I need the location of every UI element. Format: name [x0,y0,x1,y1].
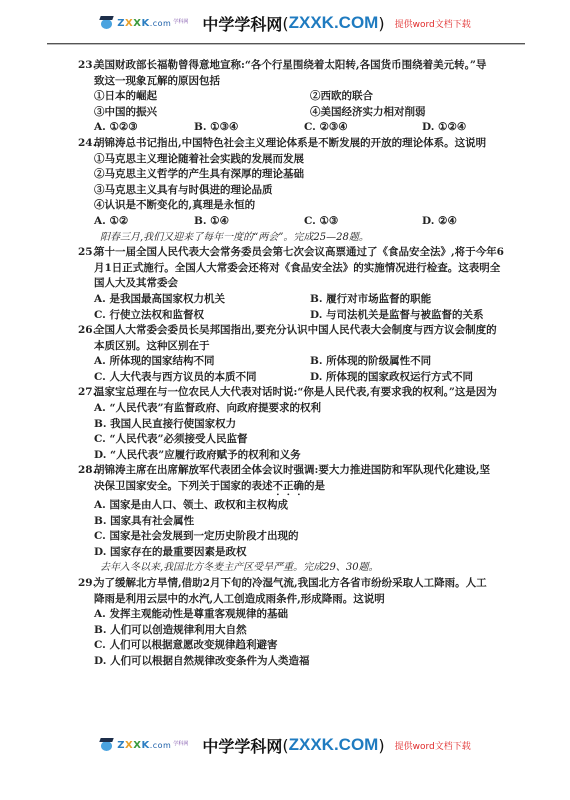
stem-line: 本质区别。这种区别在于 [86,339,526,355]
section-note: 去年入冬以来,我国北方冬麦主产区受旱严重。完成29、30题。 [86,560,526,576]
stem-line: 温家宝总理在与一位农民人大代表对话时说:“你是人民代表,有要求我的权利。”这是因… [94,386,497,398]
question-number: 25. [78,245,94,261]
header-divider [47,43,525,44]
paren-close: ) [378,736,384,755]
option-b: B. ①③④ [194,120,304,136]
options-row: C. 人大代表与西方议员的本质不同 D. 所体现的国家政权运行方式不同 [86,370,526,386]
option-d: D. 人们可以根据自然规律改变条件为人类造福 [86,654,526,670]
question-number: 29. [78,576,94,592]
item: ②西欧的联合 [310,89,526,105]
option-a: A. 发挥主观能动性是尊重客观规律的基础 [86,607,526,623]
site-name: 中学学科网 [202,12,282,35]
question-25: 25.第十一届全国人民代表大会常务委员会第七次会议高票通过了《食品安全法》,将于… [86,245,526,323]
zxxk-logo[interactable]: ZXXK.com 学科网 [99,738,188,752]
option-a: A. ①②③ [94,120,194,136]
item: ③马克思主义具有与时俱进的理论品质 [86,183,526,199]
options-row: C. 行使立法权和监督权 D. 与司法机关是监督与被监督的关系 [86,308,526,324]
item: ③中国的振兴 [94,105,310,121]
option-b: B. 所体现的阶级属性不同 [310,354,526,370]
option-c: C. ①③ [304,214,422,230]
question-number: 24. [78,136,94,152]
question-number: 28. [78,463,94,479]
question-stem: 23.美国财政部长福勒曾得意地宣称:“各个行星围绕着太阳转,各国货币围绕着美元转… [86,58,526,74]
option-a: A. “人民代表”有监督政府、向政府提要求的权利 [86,401,526,417]
header-banner: ZXXK.com 学科网 中学学科网 ( ZXXK.COM ) 提供word文档… [0,8,570,38]
exam-content: 23.美国财政部长福勒曾得意地宣称:“各个行星围绕着太阳转,各国货币围绕着美元转… [86,58,526,670]
mascot-icon [99,16,115,30]
stem-line: 第十一届全国人民代表大会常务委员会第七次会议高票通过了《食品安全法》,将于今年6 [94,246,504,258]
option-c: C. 人大代表与西方议员的本质不同 [94,370,310,386]
question-number: 23. [78,58,94,74]
stem-line: 胡锦涛总书记指出,中国特色社会主义理论体系是不断发展的开放的理论体系。这说明 [94,137,486,149]
question-number: 27. [78,385,94,401]
logo-sub: 学科网 [173,740,188,747]
stem-line: 降雨是利用云层中的水汽,人工创造成雨条件,形成降雨。这说明 [86,592,526,608]
option-b: B. ①④ [194,214,304,230]
question-27: 27.温家宝总理在与一位农民人大代表对话时说:“你是人民代表,有要求我的权利。”… [86,385,526,463]
option-b: B. 人们可以创造规律利用大自然 [86,623,526,639]
question-stem: 25.第十一届全国人民代表大会常务委员会第七次会议高票通过了《食品安全法》,将于… [86,245,526,261]
item: ④美国经济实力相对削弱 [310,105,526,121]
question-number: 26. [78,323,94,339]
stem-text: 的是 [304,480,325,492]
question-stem: 27.温家宝总理在与一位农民人大代表对话时说:“你是人民代表,有要求我的权利。”… [86,385,526,401]
question-26: 26.全国人大常委会委员长吴邦国指出,要充分认识中国人民代表大会制度与西方议会制… [86,323,526,385]
item: ④认识是不断变化的,真理是永恒的 [86,198,526,214]
option-d: D. ②④ [422,214,522,230]
option-a: A. ①② [94,214,194,230]
item: ①日本的崛起 [94,89,310,105]
option-a: A. 是我国最高国家权力机关 [94,292,310,308]
question-stem: 26.全国人大常委会委员长吴邦国指出,要充分认识中国人民代表大会制度与西方议会制… [86,323,526,339]
paren-close: ) [378,14,384,33]
question-23: 23.美国财政部长福勒曾得意地宣称:“各个行星围绕着太阳转,各国货币围绕着美元转… [86,58,526,136]
option-c: C. ②③④ [304,120,422,136]
option-c: C. 人们可以根据意愿改变规律趋利避害 [86,638,526,654]
question-28: 28.胡锦涛主席在出席解放军代表团全体会议时强调:要大力推进国防和军队现代化建设… [86,463,526,560]
stem-line: 国人大及其常委会 [86,276,526,292]
site-name: 中学学科网 [202,734,282,757]
footer-banner: ZXXK.com 学科网 中学学科网 ( ZXXK.COM ) 提供word文档… [0,730,570,760]
option-d: D. 与司法机关是监督与被监督的关系 [310,308,526,324]
item-row: ③中国的振兴 ④美国经济实力相对削弱 [86,105,526,121]
item-row: ①日本的崛起 ②西欧的联合 [86,89,526,105]
logo-sub: 学科网 [173,18,188,25]
option-a: A. 国家是由人口、领土、政权和主权构成 [86,498,526,514]
stem-text: 决保卫国家安全。下列关于国家的表述 [94,480,273,492]
logo-text: ZXXK.com [117,740,171,751]
stem-line: 美国财政部长福勒曾得意地宣称:“各个行星围绕着太阳转,各国货币围绕着美元转。”导 [94,59,486,71]
option-d: D. “人民代表”应履行政府赋予的权利和义务 [86,448,526,464]
logo-text: ZXXK.com [117,18,171,29]
option-b: B. 国家具有社会属性 [86,514,526,530]
option-c: C. 国家是社会发展到一定历史阶段才出现的 [86,529,526,545]
option-b: B. 我国人民直接行使国家权力 [86,417,526,433]
stem-line: 全国人大常委会委员长吴邦国指出,要充分认识中国人民代表大会制度与西方议会制度的 [94,324,497,336]
option-c: C. “人民代表”必须接受人民监督 [86,432,526,448]
question-24: 24.胡锦涛总书记指出,中国特色社会主义理论体系是不断发展的开放的理论体系。这说… [86,136,526,230]
stem-line: 为了缓解北方旱情,借助2月下旬的冷湿气流,我国北方各省市纷纷采取人工降雨。人工 [94,577,487,589]
question-stem: 28.胡锦涛主席在出席解放军代表团全体会议时强调:要大力推进国防和军队现代化建设… [86,463,526,479]
stem-line: 决保卫国家安全。下列关于国家的表述不正确的是 [86,479,526,498]
stem-line: 月1日正式施行。全国人大常委会还将对《食品安全法》的实施情况进行检查。这表明全 [86,261,526,277]
option-c: C. 行使立法权和监督权 [94,308,310,324]
options-row: A. 是我国最高国家权力机关 B. 履行对市场监督的职能 [86,292,526,308]
site-tagline[interactable]: 提供word文档下载 [395,739,471,752]
option-b: B. 履行对市场监督的职能 [310,292,526,308]
option-d: D. ①②④ [422,120,522,136]
option-d: D. 所体现的国家政权运行方式不同 [310,370,526,386]
mascot-icon [99,738,115,752]
question-stem: 29.为了缓解北方旱情,借助2月下旬的冷湿气流,我国北方各省市纷纷采取人工降雨。… [86,576,526,592]
site-tagline[interactable]: 提供word文档下载 [395,17,471,30]
option-a: A. 所体现的国家结构不同 [94,354,310,370]
site-domain[interactable]: ZXXK.COM [289,735,379,755]
stem-line: 致这一现象瓦解的原因包括 [86,74,526,90]
site-domain[interactable]: ZXXK.COM [289,13,379,33]
option-d: D. 国家存在的最重要因素是政权 [86,545,526,561]
zxxk-logo[interactable]: ZXXK.com 学科网 [99,16,188,30]
options-row: A. ①② B. ①④ C. ①③ D. ②④ [86,214,526,230]
stem-line: 胡锦涛主席在出席解放军代表团全体会议时强调:要大力推进国防和军队现代化建设,坚 [94,464,490,476]
options-row: A. 所体现的国家结构不同 B. 所体现的阶级属性不同 [86,354,526,370]
item: ①马克思主义理论随着社会实践的发展而发展 [86,152,526,168]
emphasized-text: 不正确 [273,480,305,492]
question-29: 29.为了缓解北方旱情,借助2月下旬的冷湿气流,我国北方各省市纷纷采取人工降雨。… [86,576,526,670]
section-note: 阳春三月,我们又迎来了每年一度的“两会”。完成25—28题。 [86,230,526,246]
item: ②马克思主义哲学的产生具有深厚的理论基础 [86,167,526,183]
question-stem: 24.胡锦涛总书记指出,中国特色社会主义理论体系是不断发展的开放的理论体系。这说… [86,136,526,152]
options-row: A. ①②③ B. ①③④ C. ②③④ D. ①②④ [86,120,526,136]
